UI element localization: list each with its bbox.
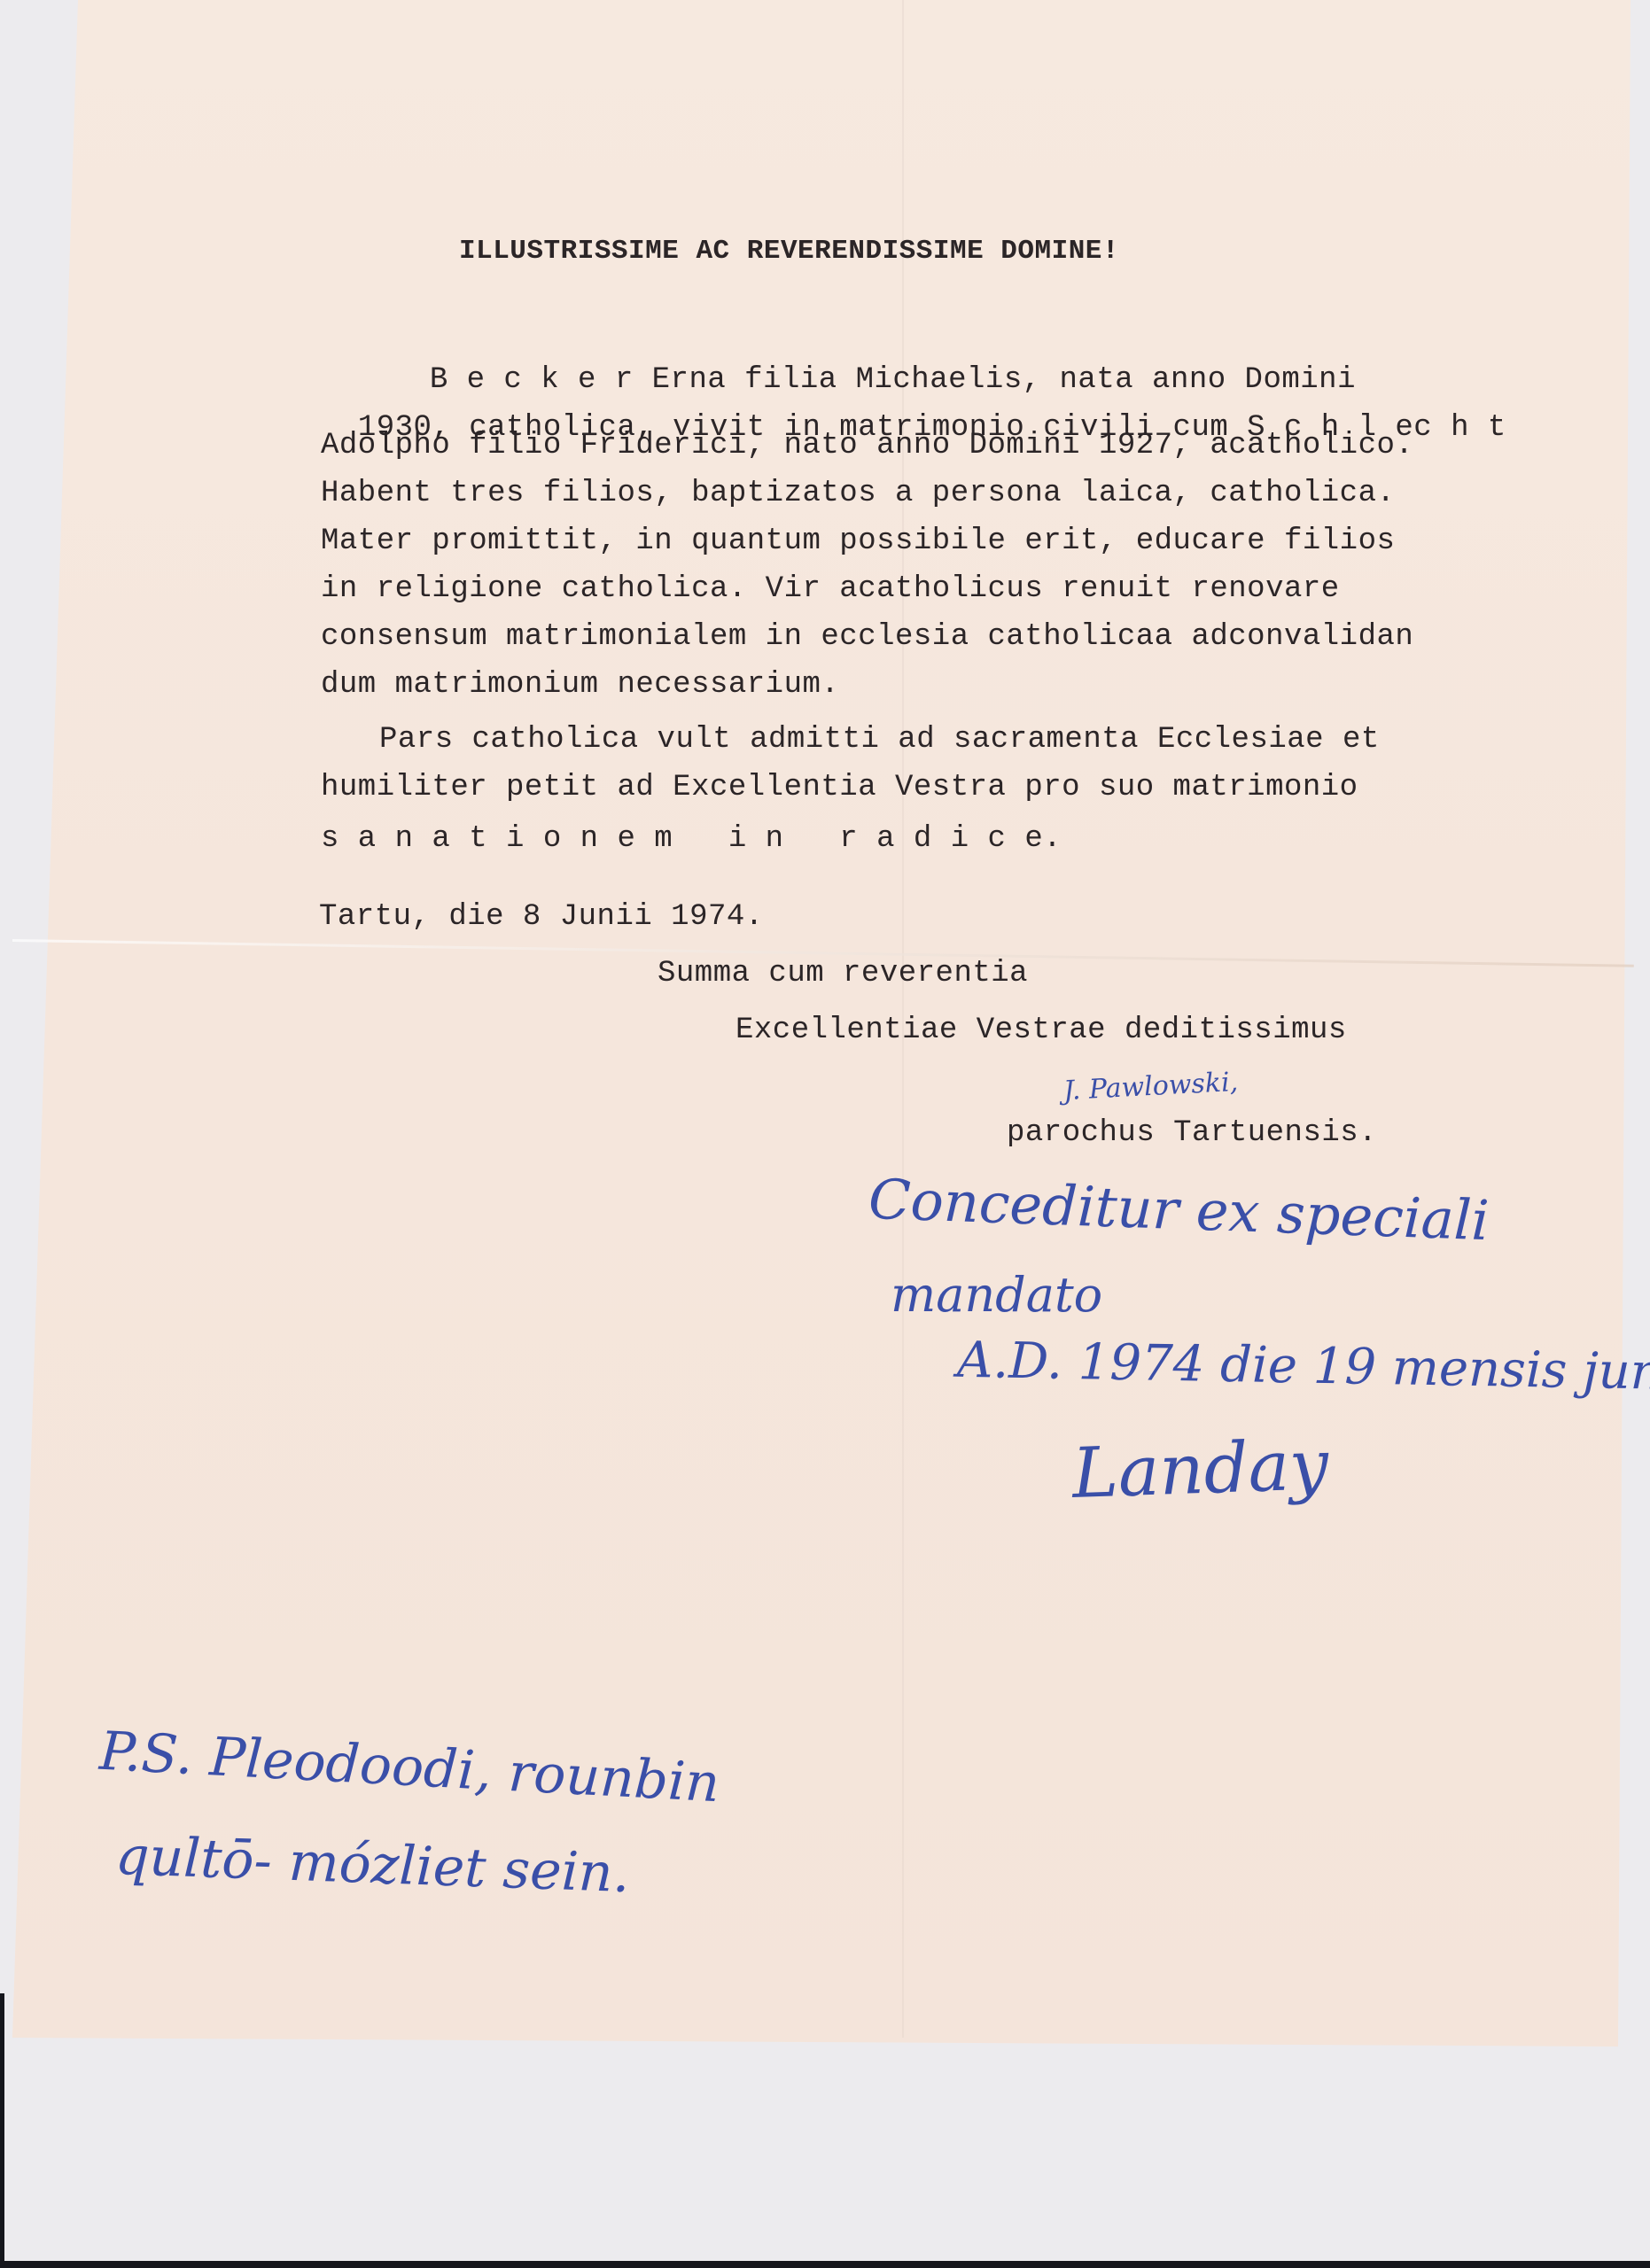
approval-annotation-line-2: mandato	[891, 1271, 1102, 1319]
body-line-9: Pars catholica vult admitti ad sacrament…	[379, 725, 1380, 755]
body-line-11: s a n a t i o n e m i n r a d i c e.	[321, 824, 1062, 854]
body-line-7: consensum matrimonialem in ecclesia cath…	[321, 622, 1413, 652]
body-line-8: dum matrimonium necessarium.	[321, 670, 839, 700]
letter-salutation-title: ILLUSTRISSIME AC REVERENDISSIME DOMINE!	[459, 237, 1119, 265]
body-line-3: Adolpho filio Friderici, nato anno Domin…	[321, 431, 1413, 461]
bishop-signature: Landay	[1071, 1431, 1330, 1509]
signer-title: parochus Tartuensis.	[1007, 1118, 1377, 1148]
body-line-4: Habent tres filios, baptizatos a persona…	[321, 478, 1395, 509]
date-line: Tartu, die 8 Junii 1974.	[319, 902, 764, 932]
closing-line-1: Summa cum reverentia	[658, 959, 1028, 989]
scanner-edge-left	[0, 1993, 4, 2268]
body-line-10: humiliter petit ad Excellentia Vestra pr…	[321, 773, 1358, 803]
approval-annotation-line-3: A.D. 1974 die 19 mensis junii	[957, 1336, 1650, 1399]
closing-line-2: Excellentiae Vestrae deditissimus	[735, 1015, 1347, 1045]
body-line-6: in religione catholica. Vir acatholicus …	[321, 574, 1340, 604]
body-line-5: Mater promittit, in quantum possibile er…	[321, 526, 1395, 556]
scanner-edge-bottom	[0, 2261, 1650, 2268]
